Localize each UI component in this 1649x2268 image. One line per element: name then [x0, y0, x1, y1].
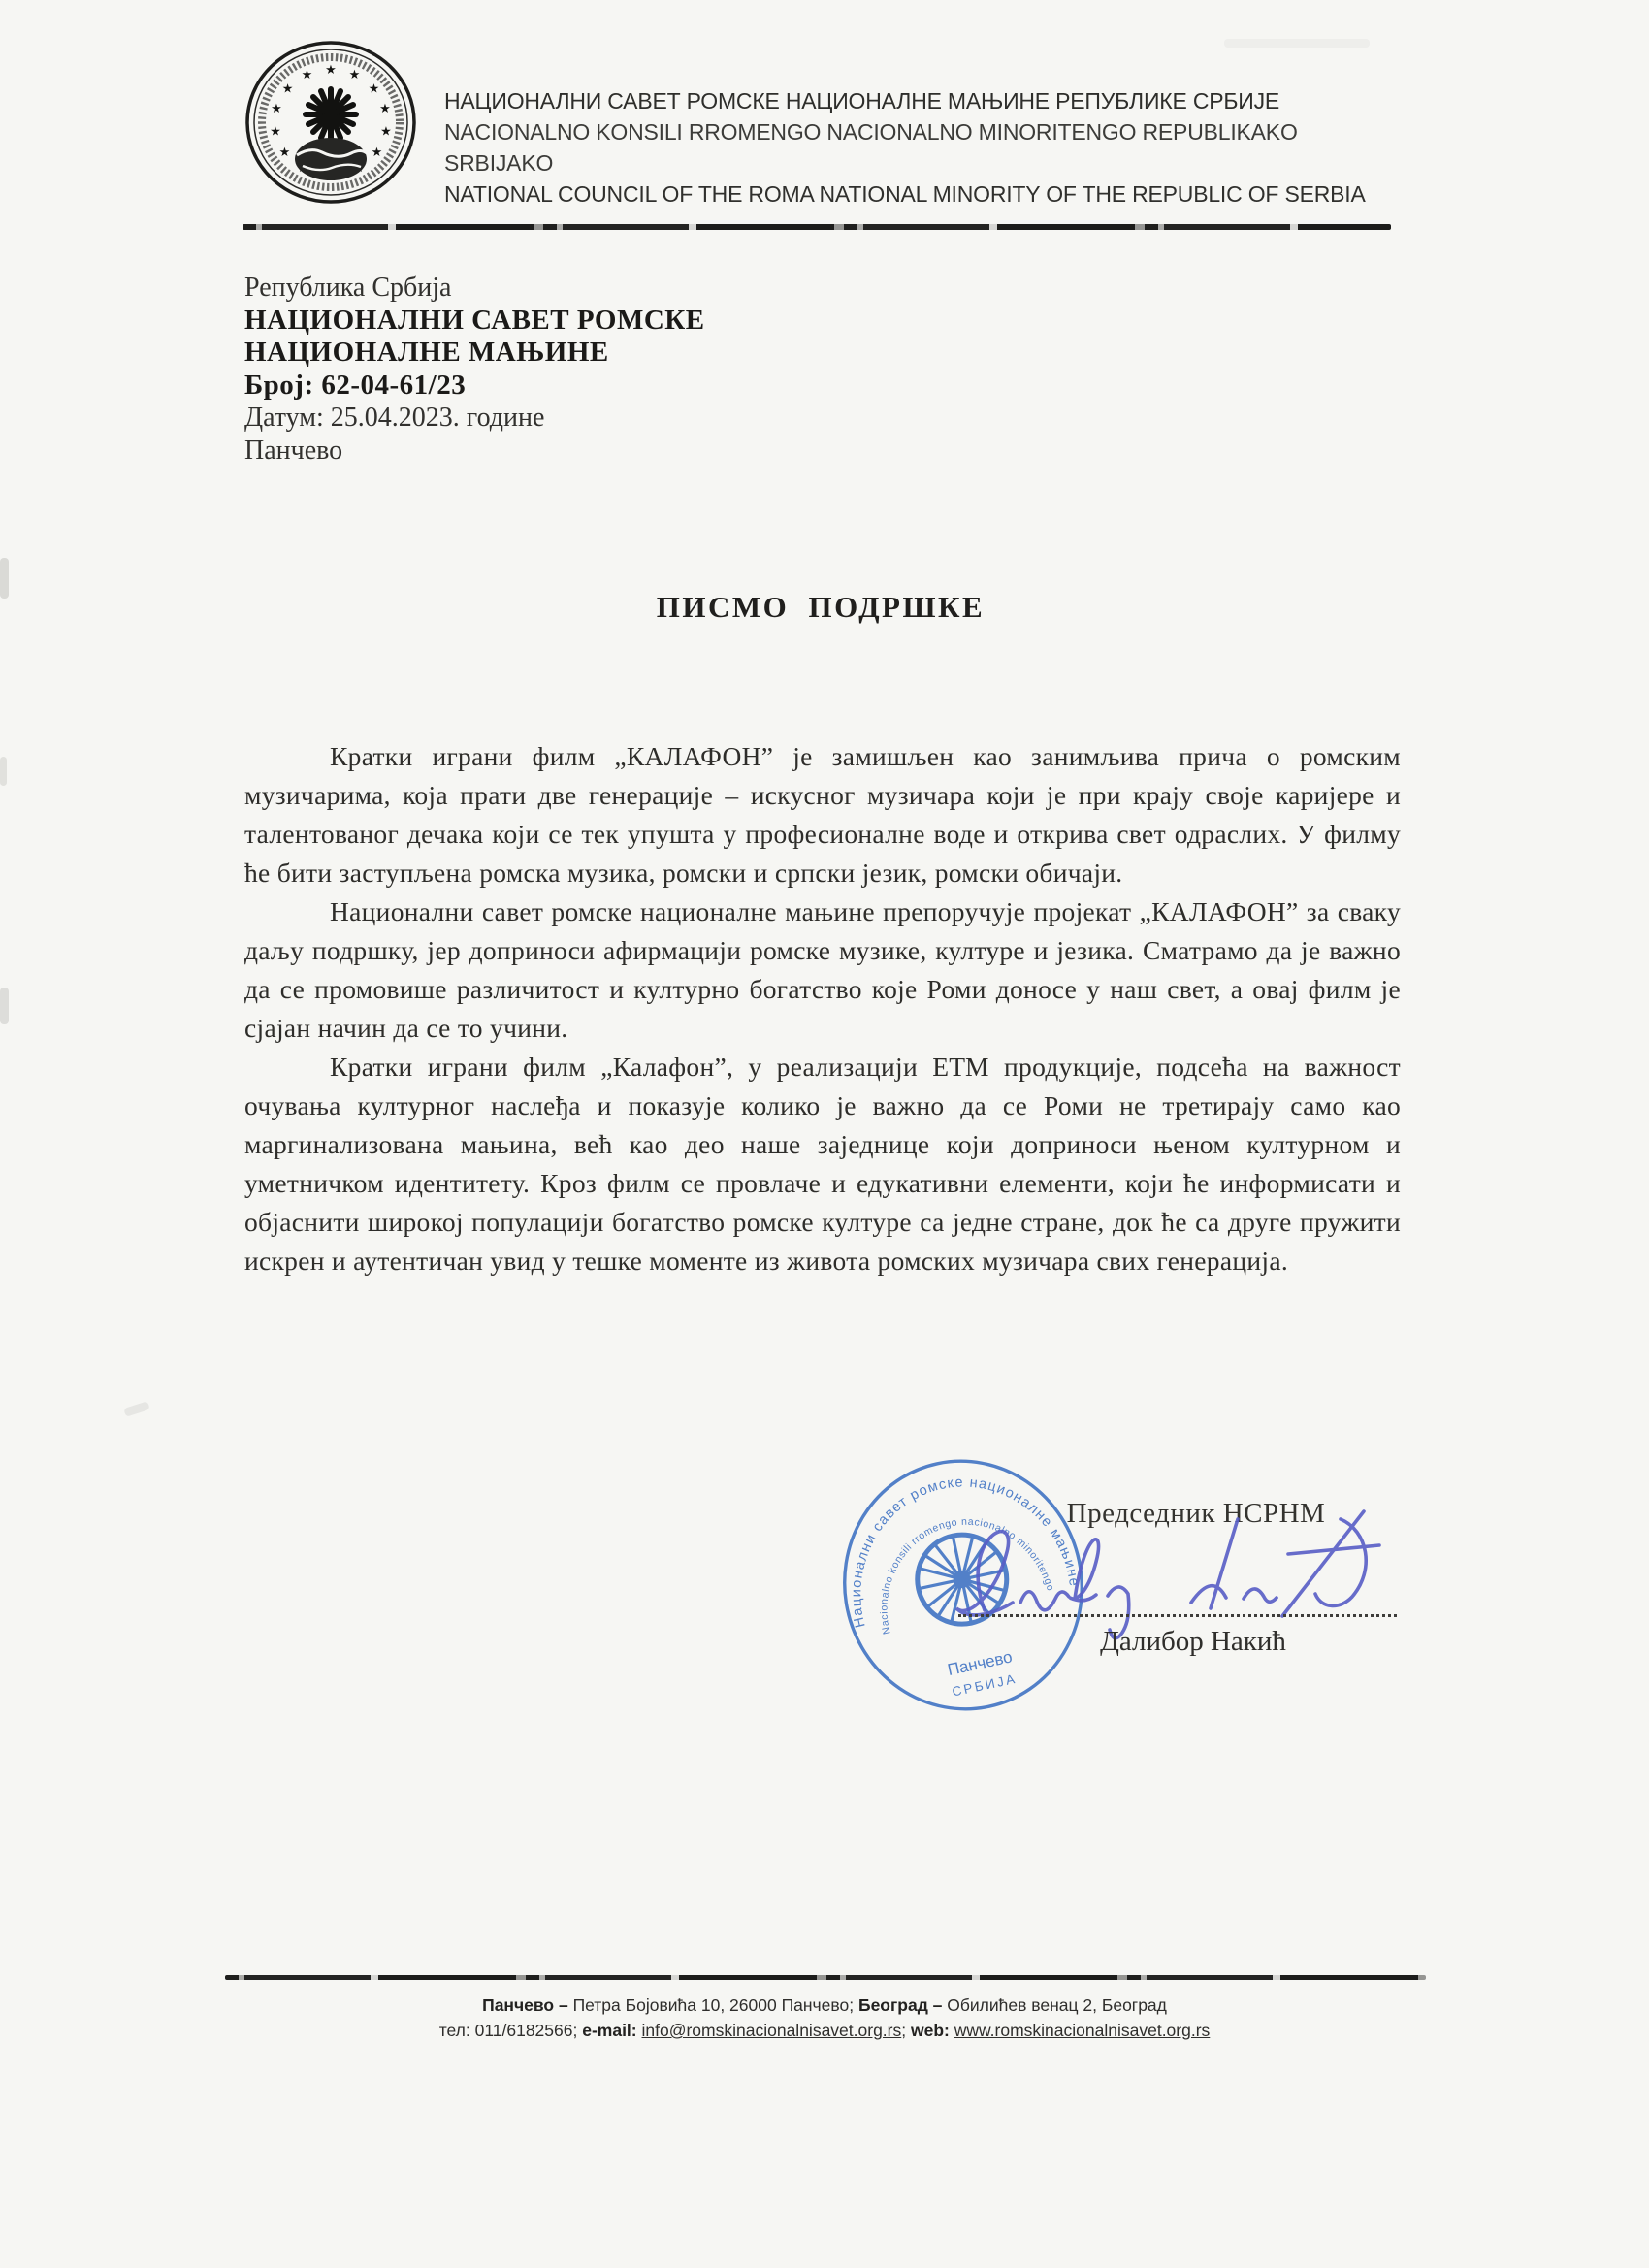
footer-web-label: web: [911, 2021, 954, 2040]
sunburst-icon [306, 89, 356, 140]
meta-city: Панчево [244, 435, 923, 468]
scan-noise [0, 558, 9, 599]
svg-text:★: ★ [271, 102, 282, 116]
footer-email-label: e-mail: [582, 2021, 641, 2040]
svg-text:★: ★ [369, 81, 380, 96]
meta-org-line1: НАЦИОНАЛНИ САВЕТ РОМСКЕ [244, 305, 923, 338]
meta-number: Број: 62-04-61/23 [244, 370, 923, 403]
svg-text:★: ★ [302, 68, 313, 82]
svg-text:★: ★ [372, 146, 383, 160]
footer-divider [225, 1975, 1426, 1980]
footer-address-1: Петра Бојовића 10, 26000 Панчево; [573, 1995, 858, 2015]
org-name-english: NATIONAL COUNCIL OF THE ROMA NATIONAL MI… [444, 178, 1375, 210]
header-divider [242, 224, 1391, 230]
svg-text:★: ★ [270, 124, 281, 139]
scanned-letter-page: ★★ ★★ ★★ ★★ ★★ ★★ ★ НАЦИОНАЛНИ САВЕТ РОМ… [0, 0, 1649, 2268]
letter-title: ПИСМО ПОДРШКЕ [242, 590, 1399, 625]
footer: Панчево – Петра Бојовића 10, 26000 Панче… [0, 1993, 1649, 2043]
footer-address-line: Панчево – Петра Бојовића 10, 26000 Панче… [0, 1993, 1649, 2018]
scan-noise [123, 1401, 150, 1417]
letter-body: Кратки играни филм „КАЛАФОН” је замишљен… [244, 737, 1401, 1280]
footer-contact-line: тел: 011/6182566; e-mail: info@romskinac… [0, 2018, 1649, 2043]
svg-text:★: ★ [325, 63, 337, 78]
footer-city-1: Панчево – [482, 1995, 572, 2015]
scan-noise [0, 988, 9, 1024]
body-paragraph-2: Национални савет ромске националне мањин… [244, 892, 1401, 1048]
svg-text:★: ★ [279, 146, 291, 160]
scan-noise [1224, 39, 1370, 48]
footer-separator: ; [901, 2021, 911, 2040]
svg-text:★: ★ [282, 81, 294, 96]
council-seal-logo: ★★ ★★ ★★ ★★ ★★ ★★ ★ [242, 39, 419, 206]
scan-noise [0, 757, 7, 786]
body-paragraph-3: Кратки играни филм „Калафон”, у реализац… [244, 1048, 1401, 1280]
footer-city-2: Београд – [858, 1995, 947, 2015]
svg-text:★: ★ [380, 124, 392, 139]
svg-text:★: ★ [349, 68, 361, 82]
meta-org-line2: НАЦИОНАЛНЕ МАЊИНЕ [244, 337, 923, 370]
letter-meta-block: Република Србија НАЦИОНАЛНИ САВЕТ РОМСКЕ… [244, 272, 923, 468]
meta-date: Датум: 25.04.2023. године [244, 402, 923, 435]
org-name-romani: NACIONALNO KONSILI RROMENGO NACIONALNO M… [444, 116, 1375, 178]
org-name-serbian: НАЦИОНАЛНИ САВЕТ РОМСКЕ НАЦИОНАЛНЕ МАЊИН… [444, 85, 1375, 116]
letterhead: НАЦИОНАЛНИ САВЕТ РОМСКЕ НАЦИОНАЛНЕ МАЊИН… [444, 85, 1375, 210]
signature-dotted-line [958, 1581, 1397, 1617]
footer-phone: тел: 011/6182566; [439, 2021, 583, 2040]
footer-web-link: www.romskinacionalnisavet.org.rs [954, 2021, 1211, 2040]
meta-country: Република Србија [244, 272, 923, 305]
svg-text:★: ★ [379, 102, 391, 116]
footer-email-link: info@romskinacionalnisavet.org.rs [642, 2021, 902, 2040]
footer-address-2: Обилићев венац 2, Београд [947, 1995, 1167, 2015]
body-paragraph-1: Кратки играни филм „КАЛАФОН” је замишљен… [244, 737, 1401, 892]
signatory-name: Далибор Накић [989, 1626, 1397, 1658]
globe-icon [295, 138, 367, 180]
